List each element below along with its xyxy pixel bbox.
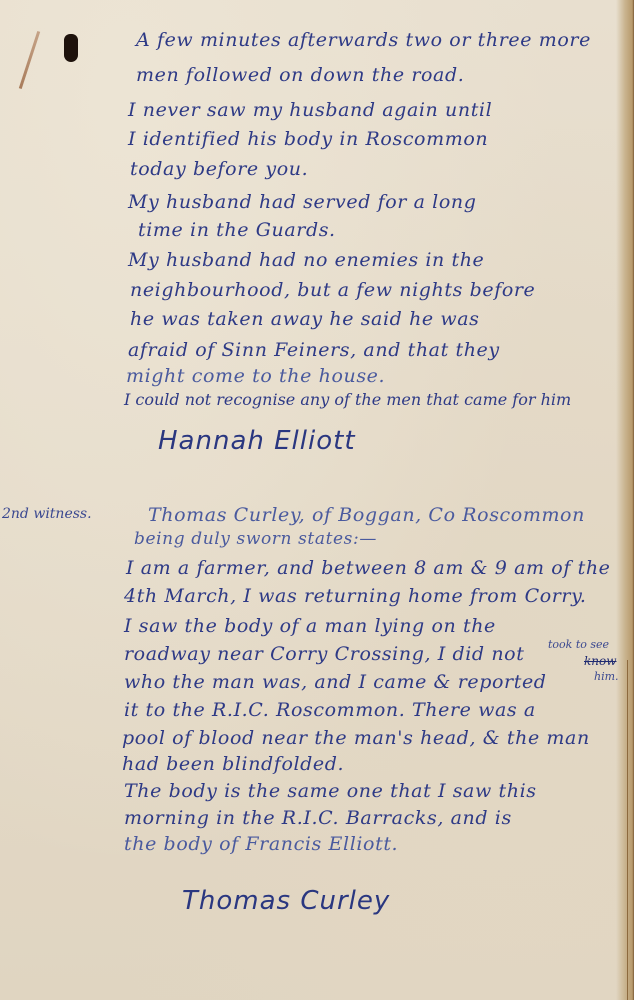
text-line: the body of Francis Elliott. (124, 832, 398, 856)
punch-hole (64, 34, 78, 62)
signature-hannah-elliott: Hannah Elliott (158, 426, 356, 456)
text-line: I saw the body of a man lying on the (124, 614, 496, 638)
text-line: I could not recognise any of the men tha… (124, 388, 571, 412)
text-line: My husband had served for a long (128, 190, 476, 214)
struck-out-word: know (584, 654, 617, 668)
text-line: pool of blood near the man's head, & the… (122, 726, 590, 750)
text-line: men followed on down the road. (136, 63, 464, 87)
text-line: roadway near Corry Crossing, I did not (124, 642, 524, 666)
rust-stain (19, 31, 40, 89)
text-line: morning in the R.I.C. Barracks, and is (124, 806, 512, 830)
text-line: it to the R.I.C. Roscommon. There was a (124, 698, 536, 722)
text-line: neighbourhood, but a few nights before (130, 278, 535, 302)
text-line: The body is the same one that I saw this (124, 779, 537, 803)
page-edge-fold (627, 660, 628, 1000)
text-line: might come to the house. (126, 364, 385, 388)
witness-heading: being duly sworn states:— (134, 527, 377, 551)
text-line: had been blindfolded. (122, 752, 344, 776)
signature-thomas-curley: Thomas Curley (182, 886, 390, 916)
document-page: A few minutes afterwards two or three mo… (0, 0, 634, 1000)
text-line: I never saw my husband again until (128, 98, 492, 122)
text-line: My husband had no enemies in the (128, 248, 484, 272)
text-line: who the man was, and I came & reported (124, 670, 547, 694)
text-line: 4th March, I was returning home from Cor… (124, 584, 587, 608)
inserted-text: took to see (548, 638, 609, 651)
text-line: I am a farmer, and between 8 am & 9 am o… (126, 556, 611, 580)
text-line: today before you. (130, 157, 308, 181)
binding-edge (616, 0, 634, 1000)
inserted-text: him. (594, 670, 619, 683)
text-line: I identified his body in Roscommon (128, 127, 488, 151)
witness-heading: Thomas Curley, of Boggan, Co Roscommon (148, 503, 585, 527)
witness-margin-label: 2nd witness. (2, 506, 92, 522)
text-line: afraid of Sinn Feiners, and that they (128, 338, 500, 362)
text-line: he was taken away he said he was (130, 307, 480, 331)
text-line: time in the Guards. (138, 218, 336, 242)
text-line: A few minutes afterwards two or three mo… (136, 28, 591, 52)
